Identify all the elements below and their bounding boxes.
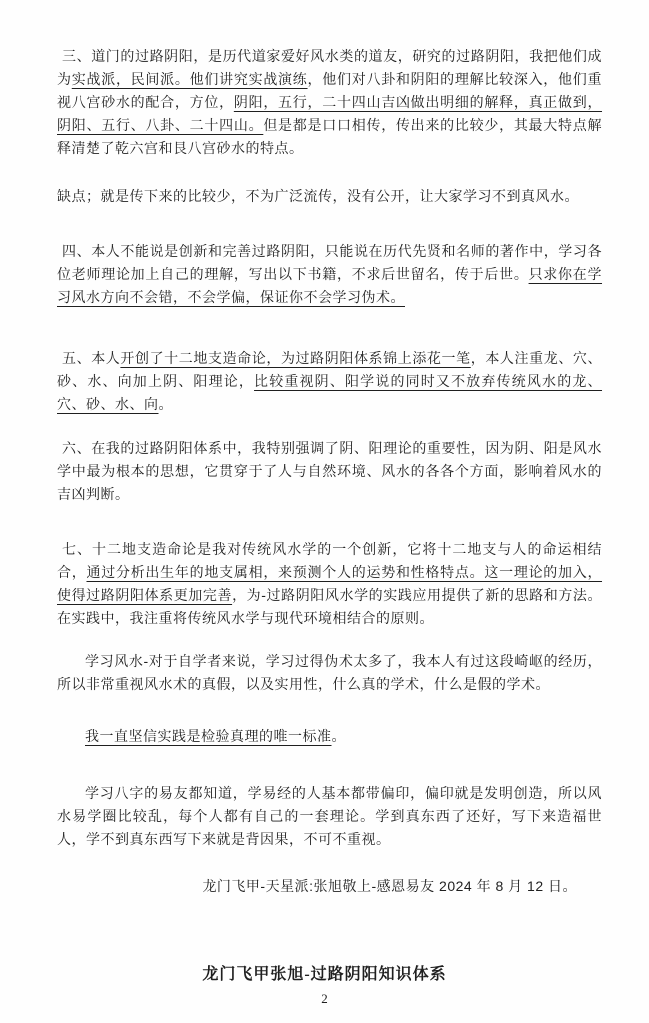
page-number: 2: [0, 991, 649, 1007]
paragraph-bazi-seg-0: 学习八字的易友都知道，学易经的人基本都带偏印，偏印就是发明创造，所以风水易学圈比…: [57, 785, 602, 847]
paragraph-practice: 我一直坚信实践是检验真理的唯一标准。: [57, 725, 602, 748]
paragraph-6-seg-0: 六、在我的过路阴阳体系中，我特别强调了阴、阳理论的重要性，因为阴、阳是风水学中最…: [57, 440, 602, 502]
paragraph-6: 六、在我的过路阴阳体系中，我特别强调了阴、阳理论的重要性，因为阴、阳是风水学中最…: [57, 437, 602, 506]
paragraph-4: 四、本人不能说是创新和完善过路阴阳，只能说在历代先贤和名师的著作中，学习各位老师…: [57, 240, 602, 309]
paragraph-4-seg-0: 四、本人不能说是创新和完善过路阴阳，只能说在历代先贤和名师的著作中，学习各位老师…: [57, 243, 602, 282]
document-page: 三、道门的过路阴阳，是历代道家爱好风水类的道友，研究的过路阴阳，我把他们成为实战…: [0, 0, 649, 1023]
paragraph-self-study-seg-0: 学习风水-对于自学者来说，学习过得伪术太多了，我本人有过这段崎岖的经历，所以非常…: [57, 653, 602, 692]
signature-line: 龙门飞甲-天星派:张旭敬上-感恩易友 2024 年 8 月 12 日。: [202, 875, 577, 898]
paragraph-7: 七、十二地支造命论是我对传统风水学的一个创新，它将十二地支与人的命运相结合，通过…: [57, 538, 602, 630]
paragraph-bazi: 学习八字的易友都知道，学易经的人基本都带偏印，偏印就是发明创造，所以风水易学圈比…: [57, 782, 602, 851]
paragraph-3: 三、道门的过路阴阳，是历代道家爱好风水类的道友，研究的过路阴阳，我把他们成为实战…: [57, 45, 602, 160]
paragraph-5-seg-1-underlined: 开创了十二地支造命论，为过路阴阳体系锦上添花一笔: [120, 350, 470, 366]
paragraph-defect-seg-0: 缺点；就是传下来的比较少，不为广泛流传，没有公开，让大家学习不到真风水。: [57, 188, 579, 204]
footer-title: 龙门飞甲张旭-过路阴阳知识体系: [0, 961, 649, 984]
paragraph-practice-seg-1: 。: [332, 728, 347, 744]
paragraph-5-seg-0: 五、本人: [62, 350, 120, 366]
paragraph-self-study: 学习风水-对于自学者来说，学习过得伪术太多了，我本人有过这段崎岖的经历，所以非常…: [57, 650, 602, 696]
paragraph-defect: 缺点；就是传下来的比较少，不为广泛流传，没有公开，让大家学习不到真风水。: [57, 185, 602, 208]
paragraph-5: 五、本人开创了十二地支造命论，为过路阴阳体系锦上添花一笔，本人注重龙、穴、砂、水…: [57, 347, 602, 416]
paragraph-5-seg-4: 。: [159, 396, 174, 412]
document-body: 三、道门的过路阴阳，是历代道家爱好风水类的道友，研究的过路阴阳，我把他们成为实战…: [57, 45, 602, 851]
paragraph-practice-seg-0-underlined: 我一直坚信实践是检验真理的唯一标准: [85, 728, 332, 744]
paragraph-3-seg-1-underlined: 实战派，民间派。他们讲究实战演练: [72, 71, 308, 87]
